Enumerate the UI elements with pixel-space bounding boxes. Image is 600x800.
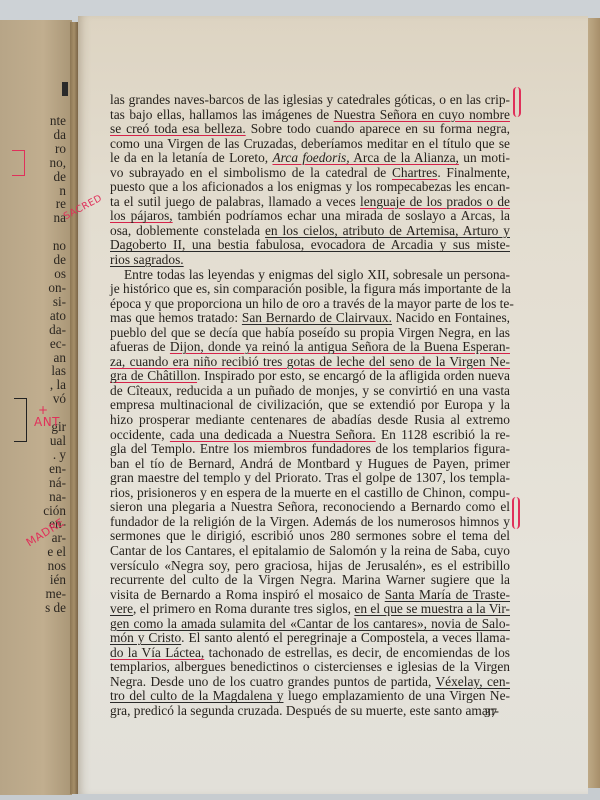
left-page-line: de: [43, 170, 66, 184]
text-segment: sermones que le dirigió, escribió unos 2…: [110, 528, 510, 543]
text-segment: je histórico que es, sin comparación pos…: [110, 281, 511, 296]
text-line: gla del Templo. Entre los miembros funda…: [110, 442, 510, 457]
text-line: época y que proporciona un hilo de oro a…: [110, 297, 510, 312]
text-line: versículo «Negra soy, pero graciosa, hij…: [110, 559, 510, 574]
text-segment: visita de Bernardo a Roma inspiró el mos…: [110, 587, 385, 602]
black-underline-text: Santa María de Traste-: [385, 587, 510, 602]
black-underline-text: tro del culto de la Magdalena y: [110, 688, 284, 703]
text-line: gra de Châtillon. Inspirado por esto, se…: [110, 369, 510, 384]
left-page-line: [43, 225, 66, 239]
text-segment: . Finalmente,: [437, 165, 510, 180]
left-page-line: ién: [43, 573, 66, 587]
black-underline-text: Dagoberto II, una bestia fabulosa, evoca…: [110, 237, 510, 252]
black-underline-text: San Bernardo de Clairvaux.: [242, 310, 392, 325]
red-underline-text: Dijon, donde ya reinó la antigua Señora …: [170, 339, 510, 354]
text-line: sieron una plegaria a Nuestra Señora, re…: [110, 500, 510, 515]
text-segment: puesto que a los aficionados a los enigm…: [110, 179, 510, 194]
text-segment: Sobre todo cuando aparece en su forma ne…: [246, 121, 510, 136]
left-page-line: no,: [43, 156, 66, 170]
text-line: gen como la amada sulamita del «Cantar d…: [110, 617, 510, 632]
red-bracket-annotation: [12, 150, 25, 176]
margin-note-ant-label: ANT: [34, 416, 60, 428]
text-segment: templarios, albergues benedictinos o cis…: [110, 659, 510, 674]
red-underline-text: cada una dedicada a Nuestra Señora.: [170, 427, 376, 442]
left-page-line: ec-: [43, 337, 66, 351]
text-line: empresa multinacional de civilización, q…: [110, 398, 510, 413]
text-line: le da en la letanía de Loreto, Arca foed…: [110, 151, 510, 166]
text-line: Entre todas las leyendas y enigmas del s…: [110, 268, 510, 283]
red-underline-text: Arca de la Alianza,: [350, 150, 459, 165]
left-page-line: ual: [43, 434, 66, 448]
text-line: fundador de la religión de la Virgen. Ad…: [110, 515, 510, 530]
text-line: sermones que le dirigió, escribió unos 2…: [110, 529, 510, 544]
text-line: za, cuando era niño recibió tres gotas d…: [110, 355, 510, 370]
text-segment: occidente,: [110, 427, 170, 442]
black-bracket-annotation: [14, 398, 27, 442]
text-line: como una Virgen de las Cruzadas, debería…: [110, 137, 510, 152]
page-number: 37: [484, 705, 497, 721]
text-line: osa, doblemente constelada en los cielos…: [110, 224, 510, 239]
text-line: occidente, cada una dedicada a Nuestra S…: [110, 428, 510, 443]
left-page-line: s de: [43, 601, 66, 615]
text-segment: gran maestre del templo y del Priorato. …: [110, 470, 510, 485]
text-line: gran maestre del templo y del Priorato. …: [110, 471, 510, 486]
left-page-line: an: [43, 351, 66, 365]
text-segment: también podríamos echar una mirada de so…: [173, 208, 510, 223]
left-page-line: nos: [43, 559, 66, 573]
text-line: de Cîteaux, reducida a un puñado de monj…: [110, 384, 510, 399]
left-page-line: si-: [43, 295, 66, 309]
left-page-line: , la: [43, 378, 66, 392]
text-line: Dagoberto II, una bestia fabulosa, evoca…: [110, 238, 510, 253]
text-segment: gla del Templo. Entre los miembros funda…: [110, 441, 510, 456]
text-line: rios sagrados.: [110, 253, 510, 268]
left-page-line: ato: [43, 309, 66, 323]
text-segment: En 1128 escribió la re-: [376, 427, 510, 442]
left-page-line: ción: [43, 504, 66, 518]
text-segment: mas que hemos tratado:: [110, 310, 242, 325]
text-segment: le da en la letanía de Loreto,: [110, 150, 272, 165]
margin-mark-top: [513, 87, 521, 117]
text-line: tro del culto de la Magdalena y luego em…: [110, 689, 510, 704]
text-segment: un moti-: [459, 150, 510, 165]
left-page-line: na-: [43, 490, 66, 504]
text-line: mas que hemos tratado: San Bernardo de C…: [110, 311, 510, 326]
text-segment: gra, predicó la segunda cruzada. Después…: [110, 703, 499, 718]
text-line: Cantar de los Cantares, el epitalamio de…: [110, 544, 510, 559]
left-page-line: en-: [43, 462, 66, 476]
text-line: vere, el primero en Roma durante tres si…: [110, 602, 510, 617]
red-underline-text: Chartres: [392, 165, 437, 180]
red-underline-text: za, cuando era niño recibió tres gotas d…: [110, 354, 510, 369]
left-page-line: no: [43, 239, 66, 253]
left-page-line: nte: [43, 114, 66, 128]
text-segment: ta el sutil juego de palabras, llamado a…: [110, 194, 360, 209]
text-line: se creó toda esa belleza. Sobre todo cua…: [110, 122, 510, 137]
red-underline-text: do la Vía Láctea,: [110, 645, 204, 660]
page-tab-mark: [62, 82, 68, 96]
text-segment: afueras de: [110, 339, 170, 354]
left-page-line: e el: [43, 545, 66, 559]
text-segment: Entre todas las leyendas y enigmas del s…: [124, 267, 510, 282]
text-segment: las grandes naves-barcos de las iglesias…: [110, 92, 510, 107]
text-segment: Cantar de los Cantares, el epitalamio de…: [110, 543, 510, 558]
black-underline-text: vere: [110, 601, 133, 616]
text-line: vo subrayado en el simbolismo de la cate…: [110, 166, 510, 181]
text-segment: como una Virgen de las Cruzadas, debería…: [110, 136, 510, 151]
left-page-line: me-: [43, 587, 66, 601]
text-segment: Nacido en Fontaines,: [392, 310, 510, 325]
red-underline-text: gra de Châtillon: [110, 368, 197, 383]
margin-note-ant: + ANT: [34, 404, 60, 428]
left-page-line: ná-: [43, 476, 66, 490]
left-page-line: ro: [43, 142, 66, 156]
text-line: do la Vía Láctea, tachonado de estrellas…: [110, 646, 510, 661]
text-segment: luego emplazamiento de una Virgen Ne-: [284, 688, 511, 703]
margin-mark-middle: [512, 497, 520, 529]
text-segment: Negra. Desde uno de los cuatro grandes p…: [110, 674, 435, 689]
text-line: las grandes naves-barcos de las iglesias…: [110, 93, 510, 108]
left-page-line: las: [43, 364, 66, 378]
red-underline-text: los pájaros,: [110, 208, 173, 223]
text-line: gra, predicó la segunda cruzada. Después…: [110, 704, 510, 719]
text-segment: empresa multinacional de civilización, q…: [110, 397, 510, 412]
text-segment: , el primero en Roma durante tres siglos…: [133, 601, 354, 616]
text-line: hizo prosperar mediante centenares de ab…: [110, 413, 510, 428]
text-segment: hizo prosperar mediante centenares de ab…: [110, 412, 510, 427]
red-underline-text: Nuestra Señora en cuyo nombre: [334, 107, 510, 122]
text-line: pueblo del que se decía que había poseíd…: [110, 326, 510, 341]
text-segment: pueblo del que se decía que había poseíd…: [110, 325, 510, 340]
red-underline-text: se creó toda esa belleza.: [110, 121, 246, 136]
left-page-line: n: [43, 184, 66, 198]
text-line: recurrente del culto de la Virgen Negra.…: [110, 573, 510, 588]
left-page-line: de: [43, 253, 66, 267]
left-page-line: . y: [43, 448, 66, 462]
text-segment: rios, prisioneros y en espera de la muer…: [110, 485, 510, 500]
page-edge: [586, 18, 600, 788]
text-line: los pájaros, también podríamos echar una…: [110, 209, 510, 224]
text-line: templarios, albergues benedictinos o cis…: [110, 660, 510, 675]
book-spine: [70, 22, 78, 794]
red-underline-text: Arca foedoris,: [272, 150, 349, 165]
text-segment: vo subrayado en el simbolismo de la cate…: [110, 165, 392, 180]
text-line: puesto que a los aficionados a los enigm…: [110, 180, 510, 195]
text-line: ban el tío de Bernard, Andrá de Montbard…: [110, 457, 510, 472]
left-page-text: ntedarono,denrenanodeoson-si-atoda-ec-an…: [43, 114, 66, 615]
left-page-line: da-: [43, 323, 66, 337]
text-segment: época y que proporciona un hilo de oro a…: [110, 296, 514, 311]
red-underline-text: lenguaje de los prados o de: [360, 194, 510, 209]
black-underline-text: gen como la amada sulamita del «Cantar d…: [110, 616, 510, 631]
text-segment: de Cîteaux, reducida a un puñado de monj…: [110, 383, 510, 398]
left-page-line: os: [43, 267, 66, 281]
text-segment: fundador de la religión de la Virgen. Ad…: [110, 514, 510, 529]
text-segment: versículo «Negra soy, pero graciosa, hij…: [110, 558, 510, 573]
text-segment: ban el tío de Bernard, Andrá de Montbard…: [110, 456, 510, 471]
black-underline-text: rios sagrados.: [110, 252, 184, 267]
text-line: rios, prisioneros y en espera de la muer…: [110, 486, 510, 501]
black-underline-text: món y Cristo: [110, 630, 181, 645]
left-page-line: re: [43, 197, 66, 211]
text-line: Negra. Desde uno de los cuatro grandes p…: [110, 675, 510, 690]
text-line: afueras de Dijon, donde ya reinó la anti…: [110, 340, 510, 355]
text-line: je histórico que es, sin comparación pos…: [110, 282, 510, 297]
text-line: tas bajo ellas, hallamos las imágenes de…: [110, 108, 510, 123]
black-underline-text: en el que se muestra a la Vir-: [354, 601, 510, 616]
text-line: ta el sutil juego de palabras, llamado a…: [110, 195, 510, 210]
black-underline-text: en los cielos, atributo de Artemisa, Art…: [265, 223, 510, 238]
text-segment: sieron una plegaria a Nuestra Señora, re…: [110, 499, 510, 514]
text-segment: osa, doblemente constelada: [110, 223, 265, 238]
text-segment: . Inspirado por esto, se encargó de la a…: [197, 368, 510, 383]
text-line: món y Cristo. El santo alentó el peregri…: [110, 631, 510, 646]
left-page-line: on-: [43, 281, 66, 295]
text-line: visita de Bernardo a Roma inspiró el mos…: [110, 588, 510, 603]
left-page-line: da: [43, 128, 66, 142]
page-body-text: las grandes naves-barcos de las iglesias…: [110, 93, 510, 719]
text-segment: recurrente del culto de la Virgen Negra.…: [110, 572, 510, 587]
text-segment: . El santo alentó el peregrinaje a Compo…: [181, 630, 510, 645]
text-segment: tachonado de estrellas, es decir, de enc…: [204, 645, 510, 660]
black-underline-text: Véxelay, cen-: [435, 674, 510, 689]
text-segment: tas bajo ellas, hallamos las imágenes de: [110, 107, 334, 122]
